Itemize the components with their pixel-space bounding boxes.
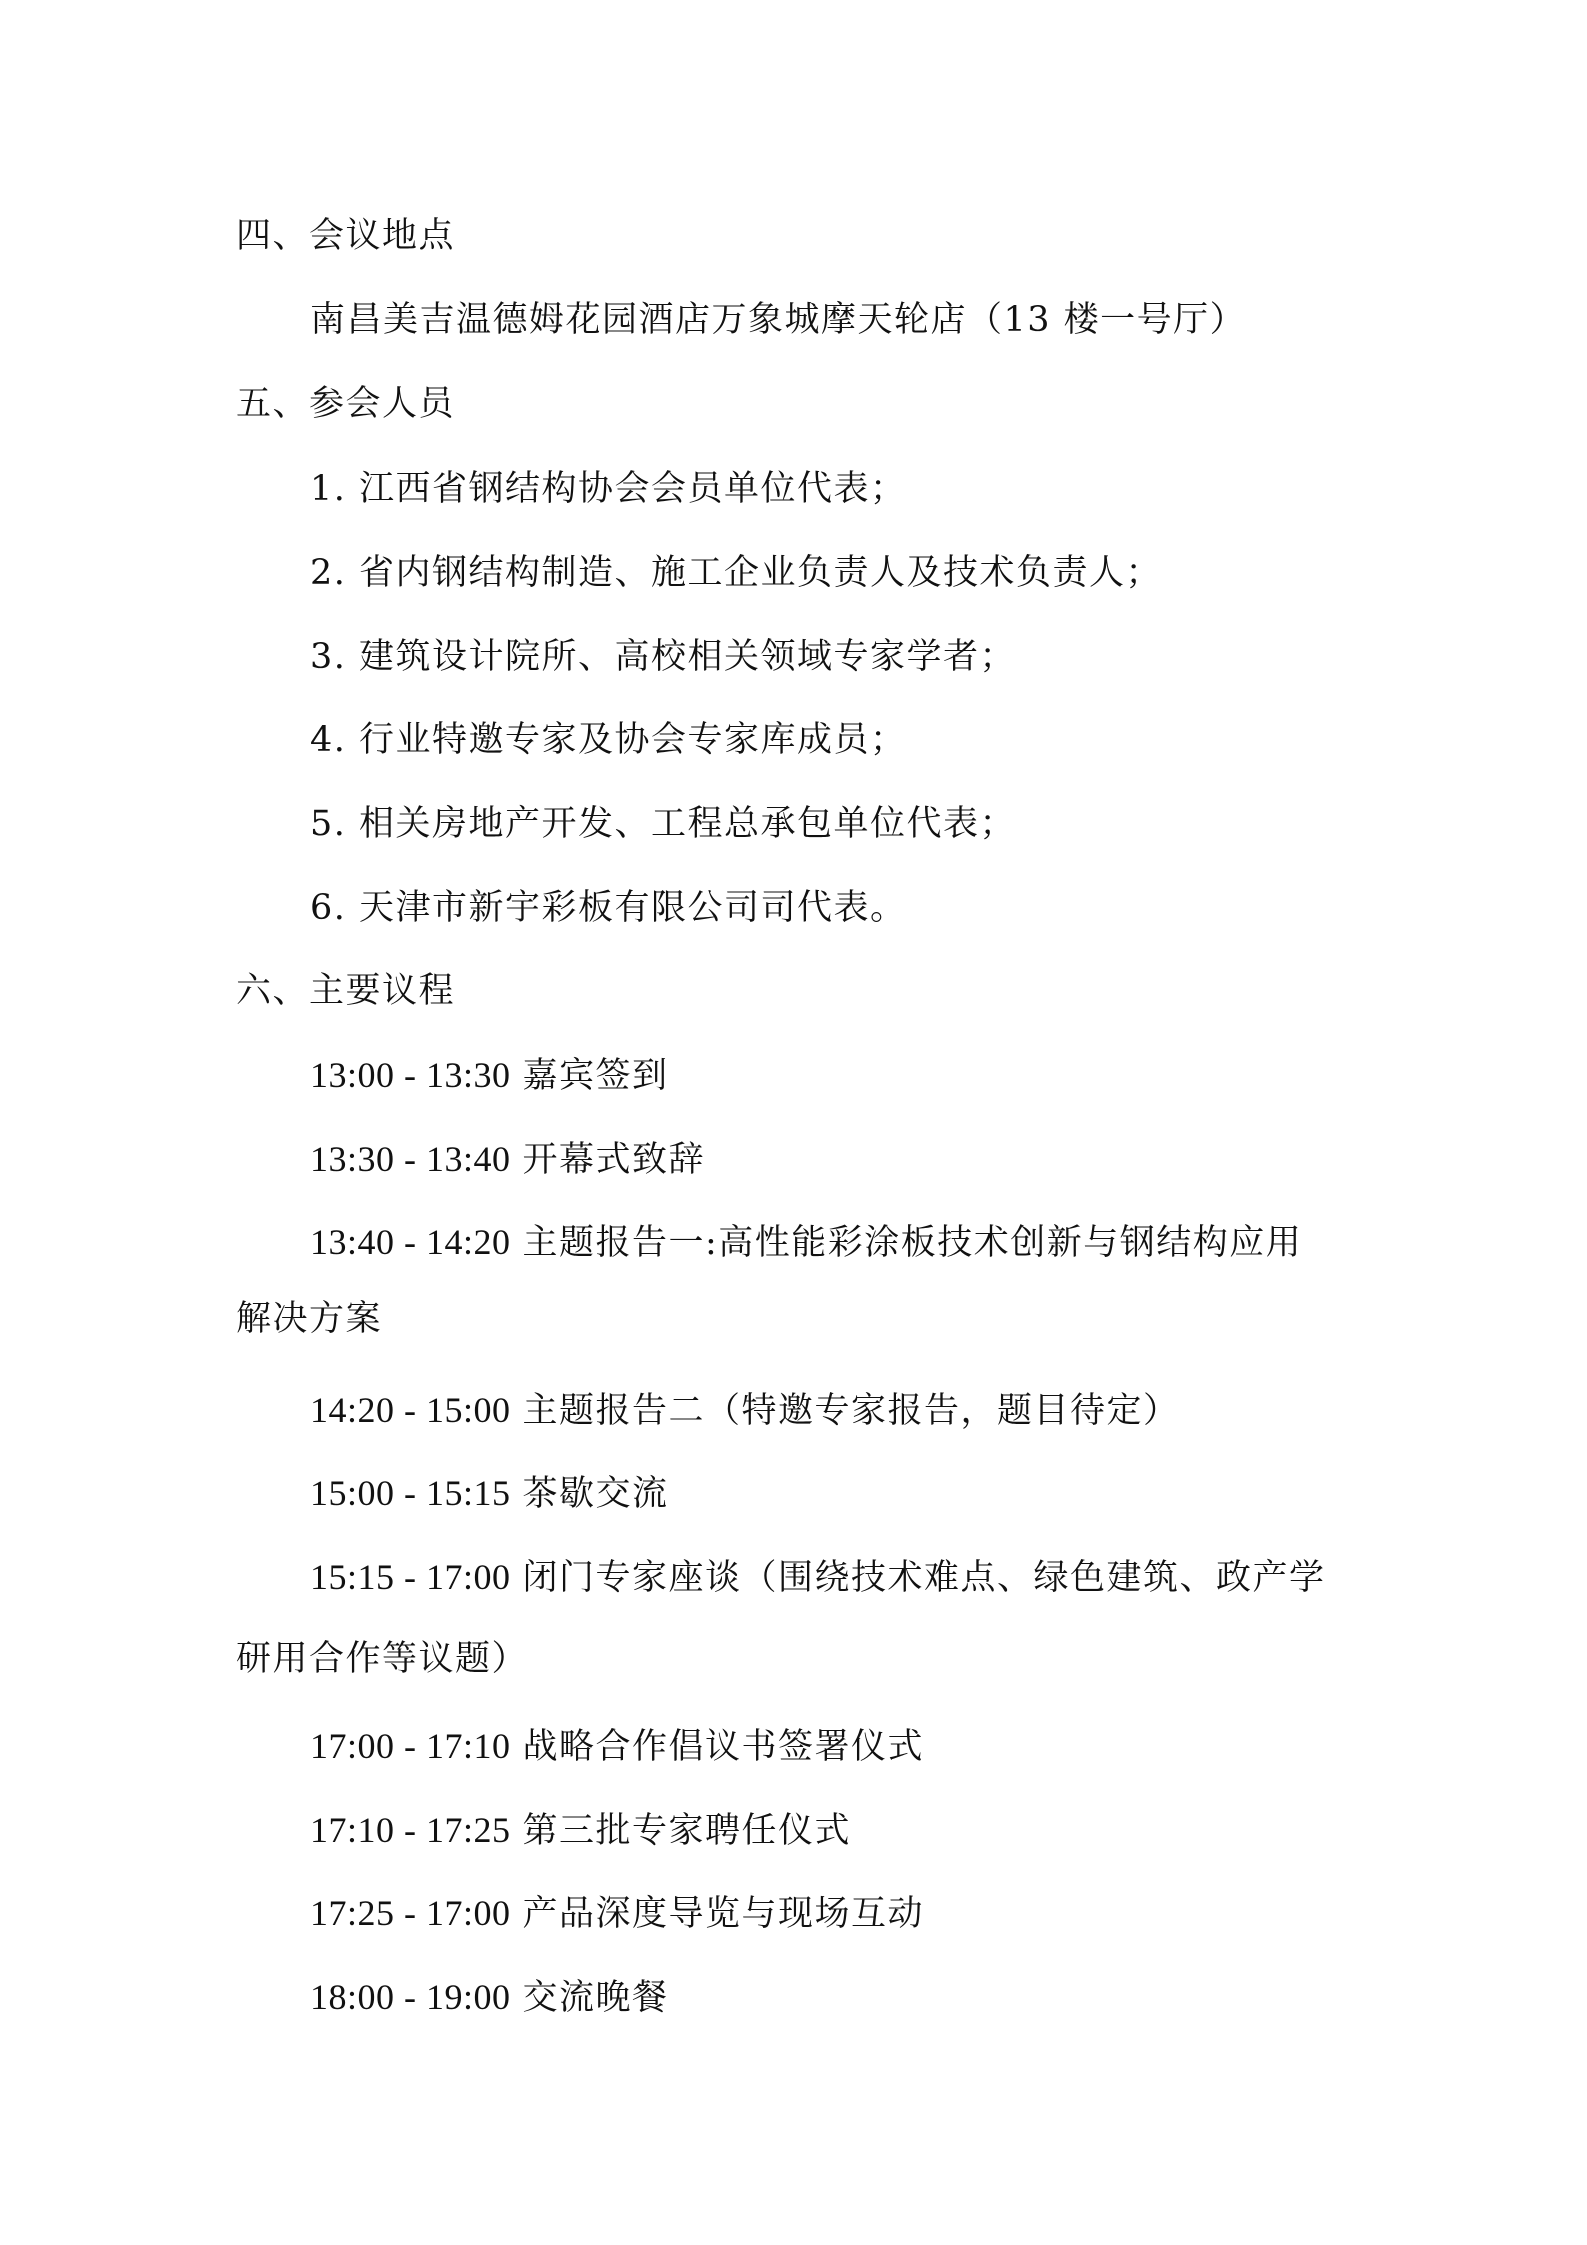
attendee-item: 4. 行业特邀专家及协会专家库成员； — [310, 720, 907, 760]
agenda-item: 17:00 - 17:10战略合作倡议书签署仪式 — [310, 1726, 924, 1767]
agenda-item: 18:00 - 19:00交流晚餐 — [310, 1977, 669, 2018]
agenda-time: 13:30 - 13:40 — [310, 1139, 511, 1179]
agenda-item: 13:00 - 13:30嘉宾签到 — [310, 1055, 669, 1096]
venue-heading: 四、会议地点 — [236, 216, 455, 256]
agenda-title: 第三批专家聘任仪式 — [523, 1811, 852, 1851]
agenda-time: 15:15 - 17:00 — [310, 1557, 511, 1597]
agenda-title: 主题报告一:高性能彩涂板技术创新与钢结构应用 — [523, 1223, 1303, 1263]
agenda-time: 15:00 - 15:15 — [310, 1473, 511, 1513]
agenda-time: 13:40 - 14:20 — [310, 1222, 511, 1262]
agenda-item: 15:15 - 17:00闭门专家座谈（围绕技术难点、绿色建筑、政产学 — [310, 1557, 1326, 1598]
agenda-title: 主题报告二（特邀专家报告，题目待定） — [523, 1391, 1180, 1431]
agenda-title: 茶歇交流 — [523, 1474, 669, 1514]
agenda-item-continuation: 解决方案 — [236, 1299, 382, 1339]
agenda-time: 17:10 - 17:25 — [310, 1810, 511, 1850]
agenda-title: 开幕式致辞 — [523, 1140, 706, 1180]
agenda-time: 13:00 - 13:30 — [310, 1055, 511, 1095]
attendee-item: 2. 省内钢结构制造、施工企业负责人及技术负责人； — [310, 553, 1162, 593]
agenda-item: 13:40 - 14:20主题报告一:高性能彩涂板技术创新与钢结构应用 — [310, 1222, 1302, 1263]
attendee-item: 5. 相关房地产开发、工程总承包单位代表； — [310, 804, 1016, 844]
agenda-title: 闭门专家座谈（围绕技术难点、绿色建筑、政产学 — [523, 1558, 1326, 1598]
agenda-item: 15:00 - 15:15茶歇交流 — [310, 1473, 669, 1514]
agenda-item: 17:10 - 17:25第三批专家聘任仪式 — [310, 1810, 851, 1851]
agenda-title: 战略合作倡议书签署仪式 — [523, 1727, 925, 1767]
attendee-item: 3. 建筑设计院所、高校相关领域专家学者； — [310, 637, 1016, 677]
agenda-item: 17:25 - 17:00产品深度导览与现场互动 — [310, 1893, 924, 1934]
agenda-item: 14:20 - 15:00主题报告二（特邀专家报告，题目待定） — [310, 1390, 1180, 1431]
attendee-item: 1. 江西省钢结构协会会员单位代表； — [310, 469, 907, 509]
agenda-heading: 六、主要议程 — [236, 971, 455, 1011]
agenda-time: 17:25 - 17:00 — [310, 1893, 511, 1933]
agenda-time: 14:20 - 15:00 — [310, 1390, 511, 1430]
venue-text: 南昌美吉温德姆花园酒店万象城摩天轮店（13 楼一号厅） — [310, 300, 1246, 340]
agenda-time: 17:00 - 17:10 — [310, 1726, 511, 1766]
agenda-item-continuation: 研用合作等议题） — [236, 1639, 528, 1679]
agenda-title: 产品深度导览与现场互动 — [523, 1894, 925, 1934]
agenda-time: 18:00 - 19:00 — [310, 1977, 511, 2017]
agenda-title: 交流晚餐 — [523, 1978, 669, 2018]
agenda-item: 13:30 - 13:40开幕式致辞 — [310, 1139, 705, 1180]
attendees-heading: 五、参会人员 — [236, 384, 455, 424]
agenda-title: 嘉宾签到 — [523, 1056, 669, 1096]
attendee-item: 6. 天津市新宇彩板有限公司司代表。 — [310, 888, 907, 928]
